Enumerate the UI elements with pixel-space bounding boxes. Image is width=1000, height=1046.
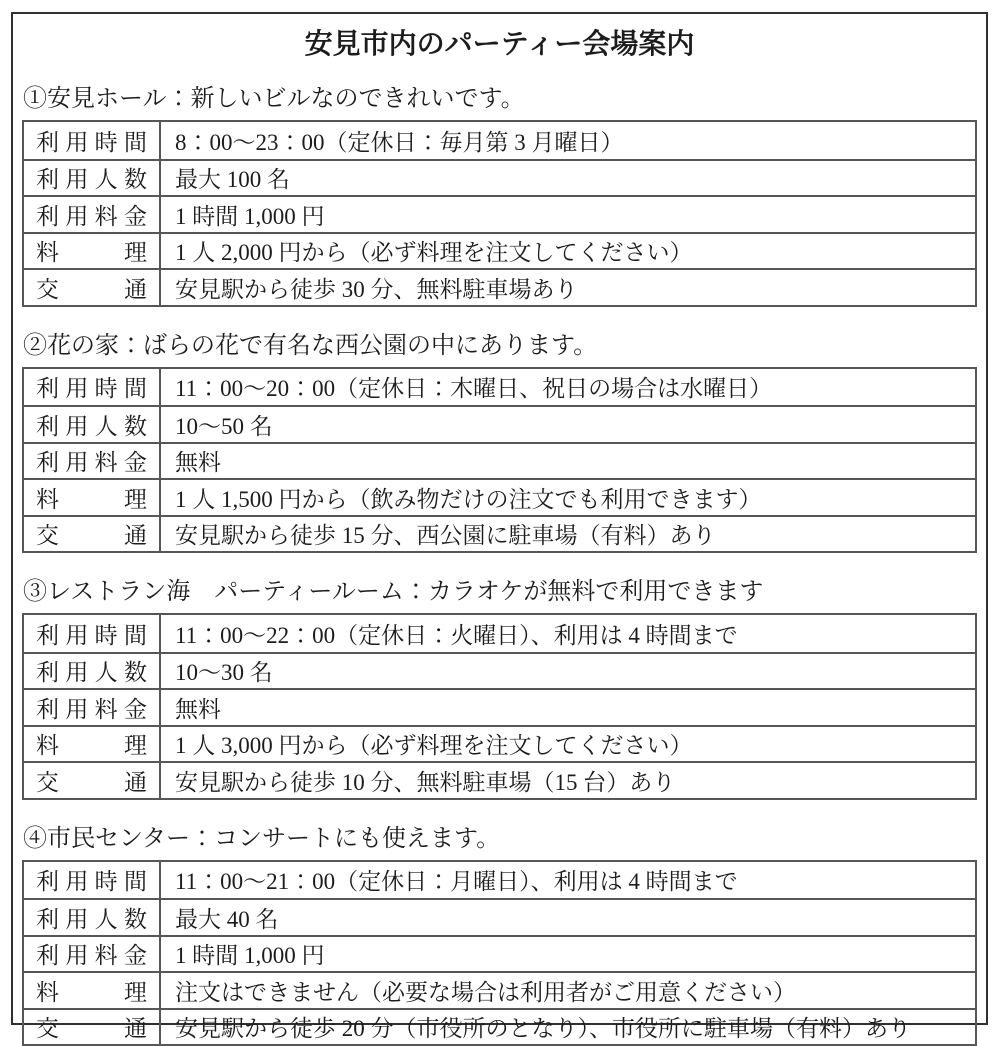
row-value-access: 安見駅から徒歩 10 分、無料駐車場（15 台）あり bbox=[161, 763, 975, 798]
venue-heading: ①安見ホール：新しいビルなのできれいです。 bbox=[23, 85, 977, 113]
venue-info-table: 利用時間 11：00～21：00（定休日：月曜日）、利用は 4 時間まで 利用人… bbox=[22, 860, 977, 1046]
row-value-access: 安見駅から徒歩 15 分、西公園に駐車場（有料）あり bbox=[161, 517, 975, 552]
venue-section-4: ④市民センター：コンサートにも使えます。 利用時間 11：00～21：00（定休… bbox=[22, 825, 977, 1046]
row-value-hours: 11：00～20：00（定休日：木曜日、祝日の場合は水曜日） bbox=[161, 369, 975, 406]
row-label-fee: 利用料金 bbox=[24, 937, 161, 972]
table-row-food: 料 理 注文はできません（必要な場合は利用者がご用意ください） bbox=[24, 971, 975, 1008]
row-label-food: 料 理 bbox=[24, 480, 161, 515]
page-frame: 安見市内のパーティー会場案内 ①安見ホール：新しいビルなのできれいです。 利用時… bbox=[11, 12, 988, 1025]
row-value-fee: 1 時間 1,000 円 bbox=[161, 197, 975, 232]
table-row-capacity: 利用人数 最大 100 名 bbox=[24, 159, 975, 196]
row-label-hours: 利用時間 bbox=[24, 122, 161, 159]
table-row-fee: 利用料金 1 時間 1,000 円 bbox=[24, 935, 975, 972]
table-row-capacity: 利用人数 10～50 名 bbox=[24, 405, 975, 442]
row-value-hours: 11：00～21：00（定休日：月曜日）、利用は 4 時間まで bbox=[161, 862, 975, 899]
row-value-hours: 11：00～22：00（定休日：火曜日）、利用は 4 時間まで bbox=[161, 615, 975, 652]
venue-info-table: 利用時間 8：00～23：00（定休日：毎月第 3 月曜日） 利用人数 最大 1… bbox=[22, 120, 977, 307]
table-row-capacity: 利用人数 10～30 名 bbox=[24, 652, 975, 689]
row-value-food: 1 人 2,000 円から（必ず料理を注文してください） bbox=[161, 234, 975, 269]
table-row-food: 料 理 1 人 2,000 円から（必ず料理を注文してください） bbox=[24, 232, 975, 269]
row-value-fee: 1 時間 1,000 円 bbox=[161, 937, 975, 972]
venue-heading: ④市民センター：コンサートにも使えます。 bbox=[23, 825, 977, 853]
row-label-food: 料 理 bbox=[24, 973, 161, 1008]
row-label-access: 交 通 bbox=[24, 270, 161, 305]
row-value-hours: 8：00～23：00（定休日：毎月第 3 月曜日） bbox=[161, 122, 975, 159]
row-label-capacity: 利用人数 bbox=[24, 654, 161, 689]
row-label-food: 料 理 bbox=[24, 234, 161, 269]
venue-section-2: ②花の家：ばらの花で有名な西公園の中にあります。 利用時間 11：00～20：0… bbox=[22, 332, 977, 554]
row-value-capacity: 最大 40 名 bbox=[161, 900, 975, 935]
row-label-fee: 利用料金 bbox=[24, 444, 161, 479]
table-row-hours: 利用時間 11：00～20：00（定休日：木曜日、祝日の場合は水曜日） bbox=[24, 369, 975, 406]
row-label-hours: 利用時間 bbox=[24, 615, 161, 652]
row-value-fee: 無料 bbox=[161, 690, 975, 725]
row-label-food: 料 理 bbox=[24, 727, 161, 762]
row-label-access: 交 通 bbox=[24, 517, 161, 552]
row-value-fee: 無料 bbox=[161, 444, 975, 479]
table-row-capacity: 利用人数 最大 40 名 bbox=[24, 898, 975, 935]
row-value-access: 安見駅から徒歩 20 分（市役所のとなり）、市役所に駐車場（有料）あり bbox=[161, 1010, 975, 1045]
row-label-hours: 利用時間 bbox=[24, 369, 161, 406]
table-row-access: 交 通 安見駅から徒歩 30 分、無料駐車場あり bbox=[24, 268, 975, 305]
table-row-food: 料 理 1 人 1,500 円から（飲み物だけの注文でも利用できます） bbox=[24, 478, 975, 515]
table-row-fee: 利用料金 無料 bbox=[24, 442, 975, 479]
venue-info-table: 利用時間 11：00～20：00（定休日：木曜日、祝日の場合は水曜日） 利用人数… bbox=[22, 367, 977, 554]
document-title: 安見市内のパーティー会場案内 bbox=[22, 27, 977, 61]
venue-section-1: ①安見ホール：新しいビルなのできれいです。 利用時間 8：00～23：00（定休… bbox=[22, 85, 977, 307]
row-value-food: 1 人 1,500 円から（飲み物だけの注文でも利用できます） bbox=[161, 480, 975, 515]
row-label-capacity: 利用人数 bbox=[24, 407, 161, 442]
row-label-capacity: 利用人数 bbox=[24, 161, 161, 196]
row-value-food: 1 人 3,000 円から（必ず料理を注文してください） bbox=[161, 727, 975, 762]
table-row-fee: 利用料金 無料 bbox=[24, 688, 975, 725]
table-row-access: 交 通 安見駅から徒歩 10 分、無料駐車場（15 台）あり bbox=[24, 761, 975, 798]
table-row-hours: 利用時間 11：00～22：00（定休日：火曜日）、利用は 4 時間まで bbox=[24, 615, 975, 652]
row-value-food: 注文はできません（必要な場合は利用者がご用意ください） bbox=[161, 973, 975, 1008]
venue-heading: ③レストラン海 パーティールーム：カラオケが無料で利用できます bbox=[23, 578, 977, 606]
table-row-hours: 利用時間 11：00～21：00（定休日：月曜日）、利用は 4 時間まで bbox=[24, 862, 975, 899]
table-row-fee: 利用料金 1 時間 1,000 円 bbox=[24, 195, 975, 232]
venue-heading: ②花の家：ばらの花で有名な西公園の中にあります。 bbox=[23, 332, 977, 360]
row-label-access: 交 通 bbox=[24, 763, 161, 798]
row-value-capacity: 10～30 名 bbox=[161, 654, 975, 689]
row-label-access: 交 通 bbox=[24, 1010, 161, 1045]
row-label-fee: 利用料金 bbox=[24, 197, 161, 232]
venue-section-3: ③レストラン海 パーティールーム：カラオケが無料で利用できます 利用時間 11：… bbox=[22, 578, 977, 800]
page-content: 安見市内のパーティー会場案内 ①安見ホール：新しいビルなのできれいです。 利用時… bbox=[13, 14, 986, 1046]
table-row-access: 交 通 安見駅から徒歩 15 分、西公園に駐車場（有料）あり bbox=[24, 515, 975, 552]
row-label-hours: 利用時間 bbox=[24, 862, 161, 899]
table-row-food: 料 理 1 人 3,000 円から（必ず料理を注文してください） bbox=[24, 725, 975, 762]
table-row-hours: 利用時間 8：00～23：00（定休日：毎月第 3 月曜日） bbox=[24, 122, 975, 159]
venue-info-table: 利用時間 11：00～22：00（定休日：火曜日）、利用は 4 時間まで 利用人… bbox=[22, 613, 977, 800]
row-value-capacity: 最大 100 名 bbox=[161, 161, 975, 196]
row-value-access: 安見駅から徒歩 30 分、無料駐車場あり bbox=[161, 270, 975, 305]
row-label-fee: 利用料金 bbox=[24, 690, 161, 725]
table-row-access: 交 通 安見駅から徒歩 20 分（市役所のとなり）、市役所に駐車場（有料）あり bbox=[24, 1008, 975, 1045]
row-value-capacity: 10～50 名 bbox=[161, 407, 975, 442]
row-label-capacity: 利用人数 bbox=[24, 900, 161, 935]
